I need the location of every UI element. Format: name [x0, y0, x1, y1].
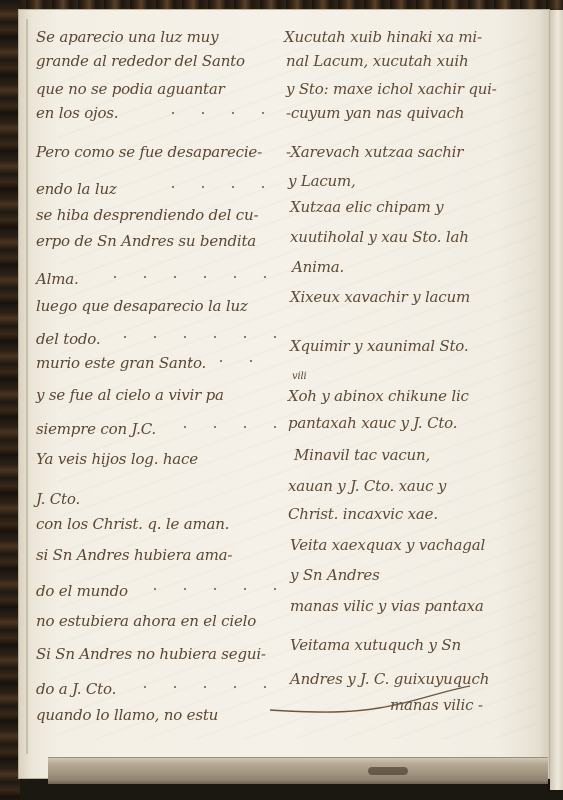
spanish-text-line: si Sn Andres hubiera ama- — [36, 546, 232, 564]
mayan-text-line: Minavil tac vacun, — [294, 446, 430, 464]
spanish-text-line: murio este gran Santo. — [36, 354, 206, 372]
dot-leader — [130, 686, 280, 688]
spanish-text-line: no estubiera ahora en el cielo — [36, 612, 256, 630]
mayan-text-line: manas vilic y vias pantaxa — [290, 597, 484, 615]
spanish-text-line: Si Sn Andres no hubiera segui- — [36, 645, 266, 663]
dot-leader — [158, 112, 278, 114]
page-bottom-fold — [48, 757, 548, 784]
mayan-text-line: Xucutah xuib hinaki xa mi- — [284, 28, 482, 46]
spanish-text-line: do a J. Cto. — [36, 680, 116, 698]
spanish-text-line: en los ojos. — [36, 104, 118, 122]
spanish-text-line: siempre con J.C. — [36, 420, 156, 438]
binding-left — [0, 0, 20, 800]
dot-leader — [176, 360, 280, 362]
interlinear-note: vili — [292, 372, 306, 382]
mayan-text-line: -cuyum yan nas quivach — [286, 104, 464, 122]
page-gutter-line — [26, 19, 28, 754]
spanish-text-line: Ya veis hijos log. hace — [36, 450, 198, 468]
dot-leader — [158, 186, 278, 188]
spanish-text-line: Alma. — [36, 270, 79, 288]
spanish-text-line: grande al rededor del Santo — [36, 52, 245, 70]
adjacent-page-edge — [550, 10, 563, 790]
manuscript-scan: Se aparecio una luz muygrande al rededor… — [0, 0, 563, 800]
mayan-text-line: xauan y J. Cto. xauc y — [288, 477, 446, 495]
spanish-text-line: J. Cto. — [36, 490, 80, 508]
mayan-text-line: nal Lacum, xucutah xuih — [286, 52, 468, 70]
spanish-text-line: endo la luz — [36, 180, 117, 198]
mayan-text-line: y Lacum, — [288, 172, 356, 190]
mayan-text-line: y Sn Andres — [290, 566, 380, 584]
page-stain — [368, 767, 408, 775]
mayan-text-line: -Xarevach xutzaa sachir — [286, 143, 463, 161]
mayan-text-line: Veita xaexquax y vachagal — [290, 536, 485, 554]
flourish-stroke — [270, 684, 550, 724]
mayan-text-line: Xoh y abinox chikune lic — [288, 387, 469, 405]
spanish-text-line: luego que desaparecio la luz — [36, 297, 248, 315]
mayan-text-line: Christ. incaxvic xae. — [288, 505, 438, 523]
mayan-text-line: pantaxah xauc y J. Cto. — [288, 414, 457, 432]
mayan-text-line: Xutzaa elic chipam y — [290, 198, 443, 216]
mayan-text-line: xuutiholal y xau Sto. lah — [290, 228, 469, 246]
spanish-text-line: erpo de Sn Andres su bendita — [36, 232, 256, 250]
mayan-text-line: y Sto: maxe ichol xachir qui- — [286, 80, 497, 98]
mayan-text-line: Xixeux xavachir y lacum — [290, 288, 470, 306]
dot-leader — [100, 276, 280, 278]
spanish-text-line: del todo. — [36, 330, 100, 348]
spanish-text-line: quando lo llamo, no estu — [36, 706, 218, 724]
dot-leader — [110, 336, 280, 338]
spanish-text-line: do el mundo — [36, 582, 128, 600]
dot-leader — [170, 426, 280, 428]
spanish-text-line: se hiba desprendiendo del cu- — [36, 206, 258, 224]
dot-leader — [140, 588, 280, 590]
spanish-text-line: con los Christ. q. le aman. — [36, 515, 229, 533]
mayan-text-line: Anima. — [292, 258, 344, 276]
spanish-text-line: y se fue al cielo a vivir pa — [36, 386, 224, 404]
mayan-text-line: Xquimir y xaunimal Sto. — [290, 337, 468, 355]
spanish-text-line: Pero como se fue desaparecie- — [36, 143, 262, 161]
spanish-text-line: Se aparecio una luz muy — [36, 28, 218, 46]
mayan-text-line: Veitama xutuquch y Sn — [290, 636, 461, 654]
spanish-text-line: que no se podia aguantar — [36, 80, 225, 98]
